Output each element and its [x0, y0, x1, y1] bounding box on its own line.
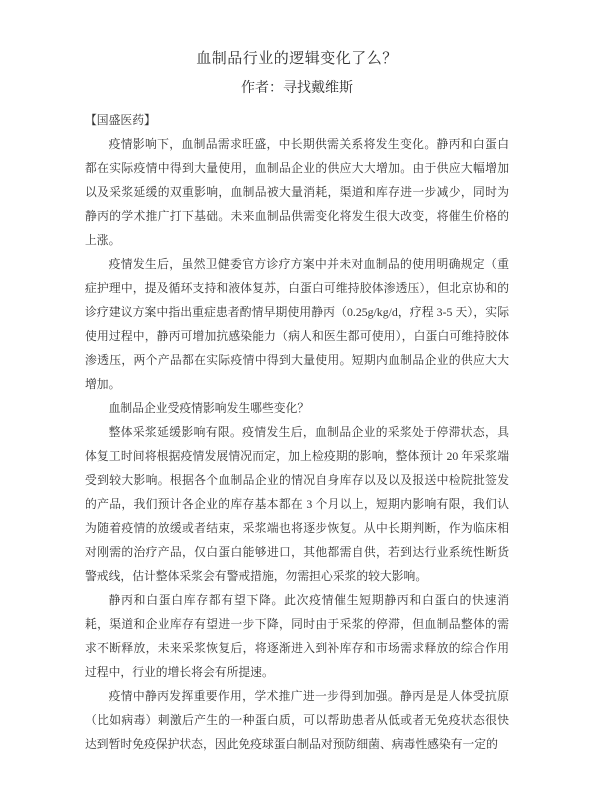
document-paragraph: 疫情中静丙发挥重要作用，学术推广进一步得到加强。静丙是是人体受抗原（比如病毒）刺…	[85, 684, 509, 756]
document-paragraph: 【国盛医药】	[85, 108, 509, 132]
document-paragraph: 疫情发生后，虽然卫健委官方诊疗方案中并未对血制品的使用明确规定（重症护理中，提及…	[85, 252, 509, 396]
document-body: 【国盛医药】 疫情影响下，血制品需求旺盛，中长期供需关系将发生变化。静丙和白蛋白…	[85, 108, 509, 756]
document-paragraph: 血制品企业受疫情影响发生哪些变化？	[85, 396, 509, 420]
document-page: 血制品行业的逻辑变化了么？ 作者：寻找戴维斯 【国盛医药】 疫情影响下，血制品需…	[0, 0, 600, 800]
document-author-line: 作者：寻找戴维斯	[85, 80, 509, 98]
document-paragraph: 静丙和白蛋白库存都有望下降。此次疫情催生短期静丙和白蛋白的快速消耗，渠道和企业库…	[85, 588, 509, 684]
document-paragraph: 整体采浆延缓影响有限。疫情发生后，血制品企业的采浆处于停滞状态，具体复工时间将根…	[85, 420, 509, 588]
document-title: 血制品行业的逻辑变化了么？	[85, 50, 509, 68]
document-paragraph: 疫情影响下，血制品需求旺盛，中长期供需关系将发生变化。静丙和白蛋白都在实际疫情中…	[85, 132, 509, 252]
